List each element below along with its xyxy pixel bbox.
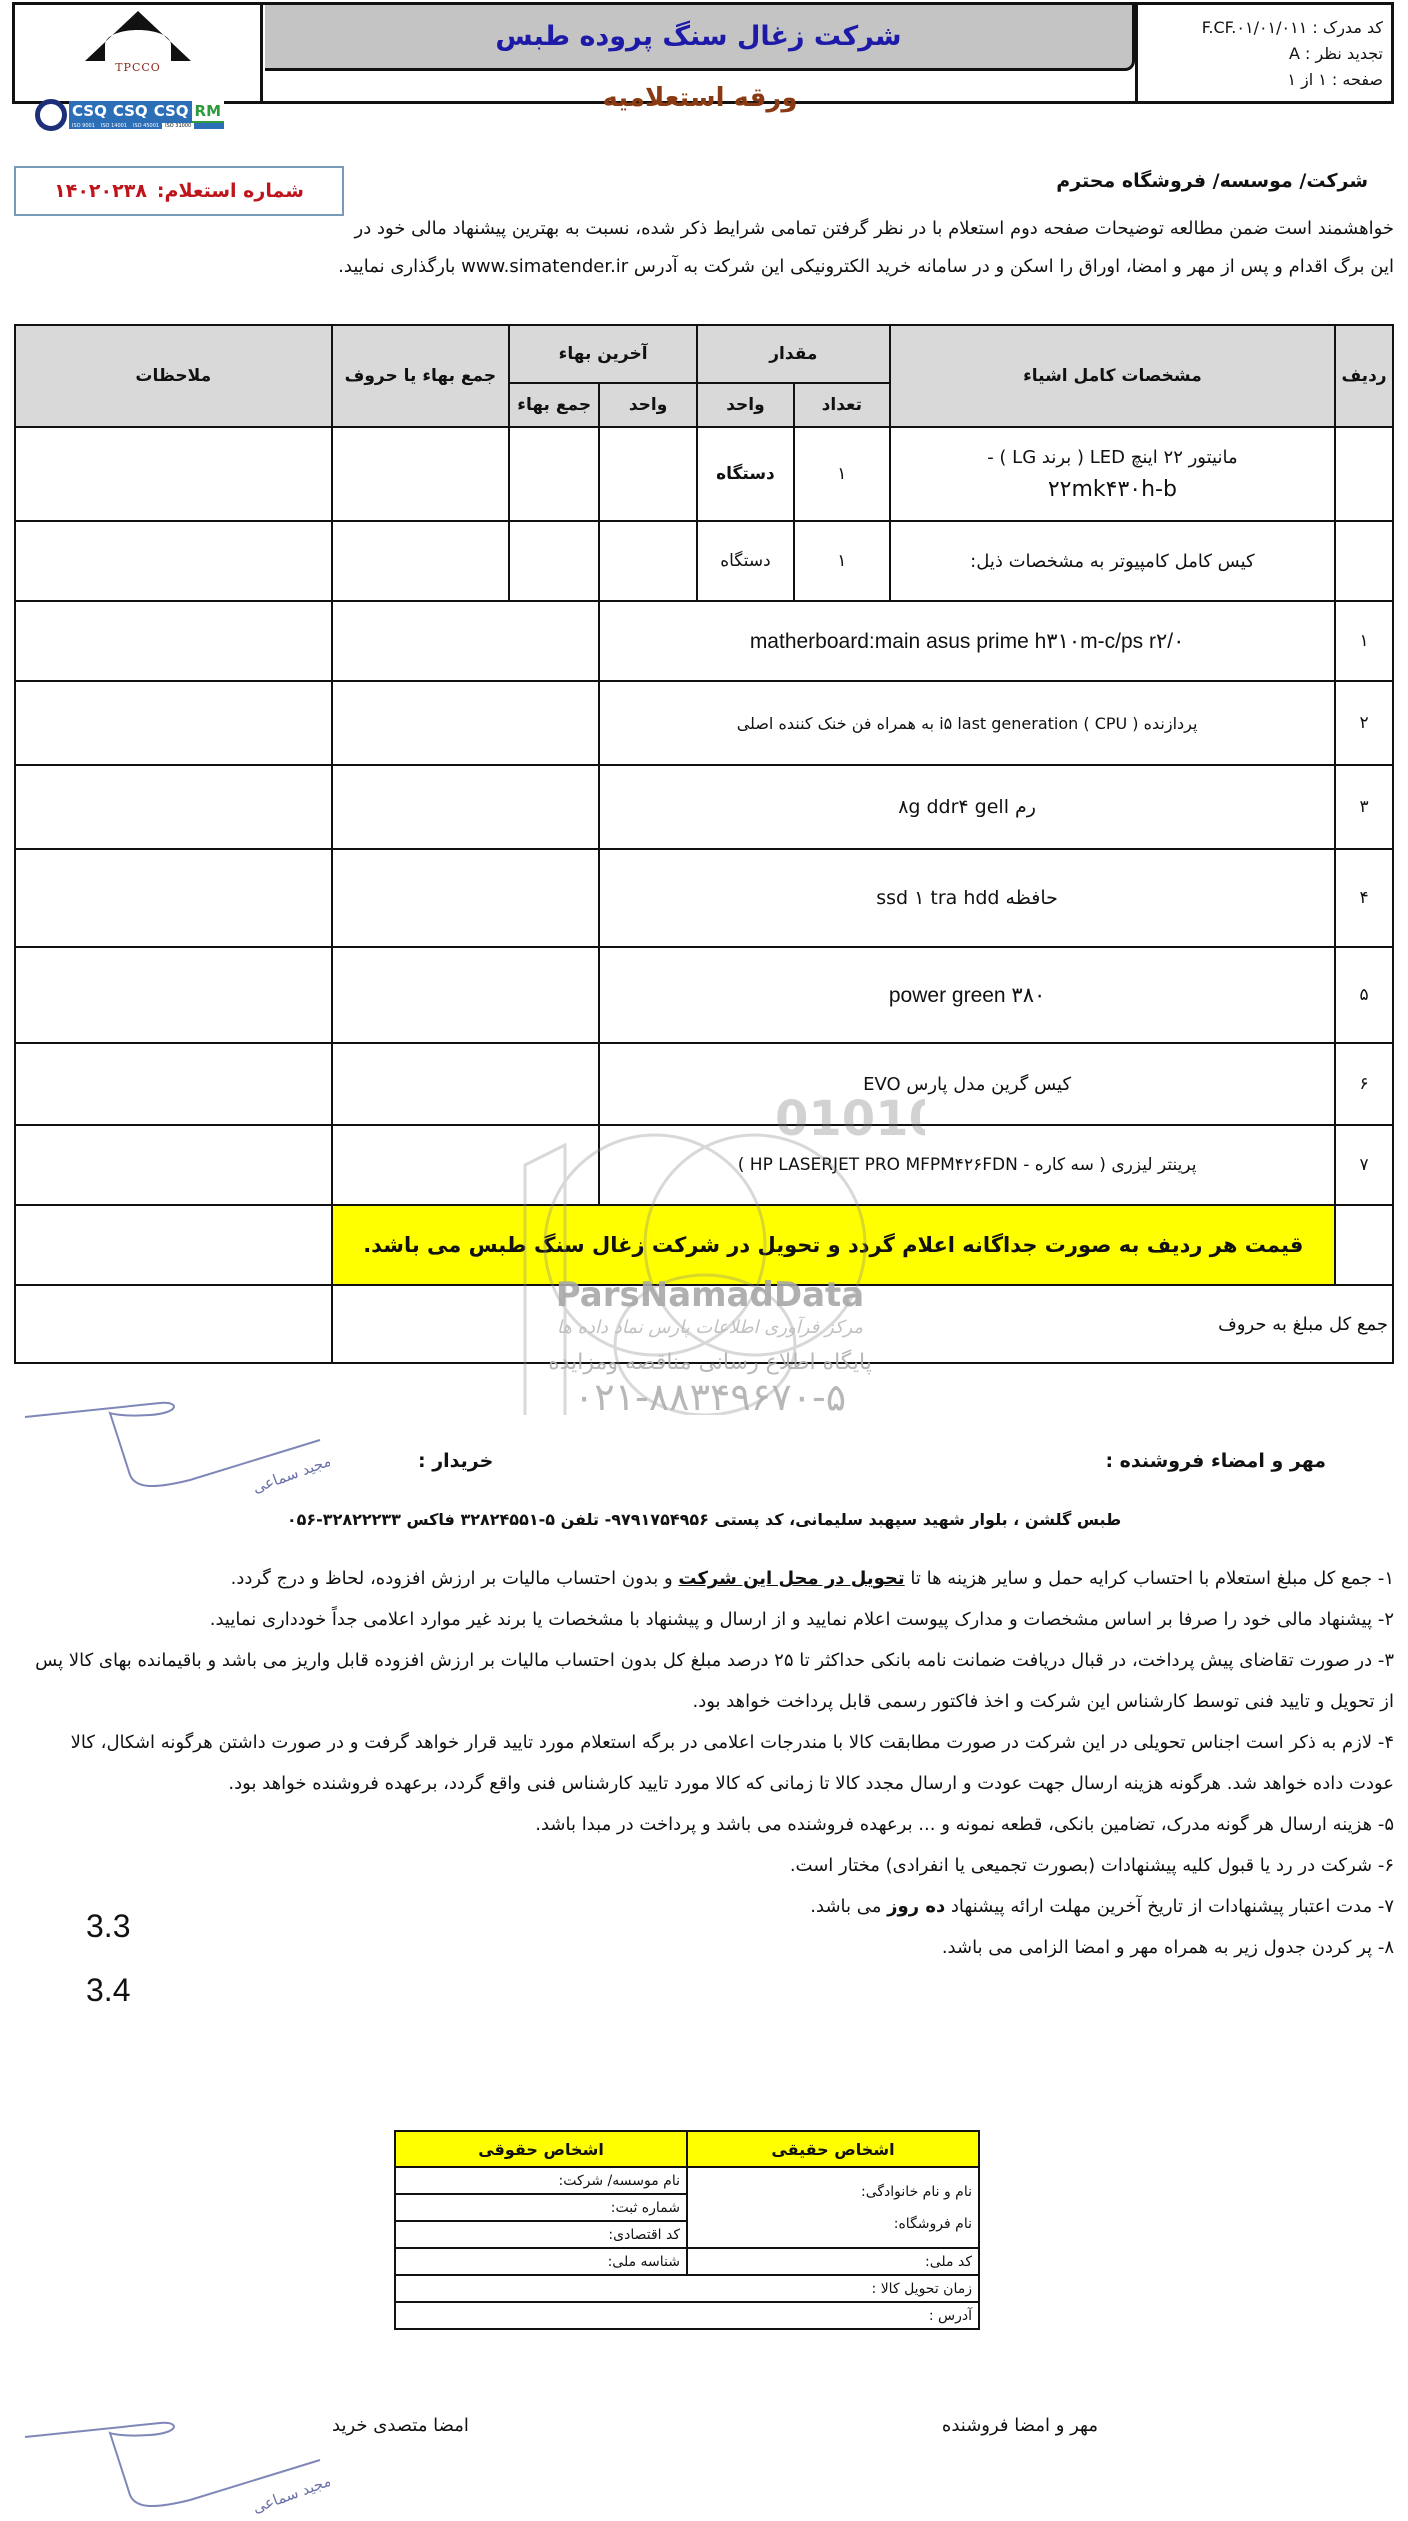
- cert-iso: ISO 9001: [69, 123, 98, 129]
- cell-remarks[interactable]: [15, 849, 332, 947]
- title-area: شرکت زغال سنگ پروده طبس ورقه استعلامیه: [265, 5, 1135, 101]
- total-words-value[interactable]: [15, 1285, 332, 1363]
- cell-price-unit[interactable]: [599, 521, 697, 601]
- cell-total-words[interactable]: [332, 849, 600, 947]
- header-spec: مشخصات کامل اشیاء: [890, 325, 1335, 427]
- cell-count: ۱: [794, 521, 890, 601]
- cell-spec: پردازنده i۵ last generation ( CPU ) به ه…: [599, 681, 1335, 765]
- term-item: ۱- جمع کل مبلغ استعلام با احتساب کرایه ح…: [34, 1558, 1394, 1599]
- cell-row: ۵: [1335, 947, 1393, 1043]
- header-quantity: مقدار: [697, 325, 890, 383]
- document-meta: کد مدرک : F.CF.۰۱/۰۱/۰۱۱ تجدید نظر : A ص…: [1135, 5, 1391, 101]
- side-number: 3.4: [86, 1972, 130, 2009]
- buyer-signature-icon: مجید سماعی: [20, 1395, 330, 1495]
- cell-row: ۴: [1335, 849, 1393, 947]
- cell-row: [1335, 427, 1393, 521]
- cell-remarks[interactable]: [15, 427, 332, 521]
- cell-remarks: [15, 1205, 332, 1285]
- buyer-label: خریدار :: [418, 1450, 493, 1472]
- cell-spec: رم ۸g ddr۴ gell: [599, 765, 1335, 849]
- intro-text: خواهشمند است ضمن مطالعه توضیحات صفحه دوم…: [214, 210, 1394, 286]
- seller-stamp-label: مهر و امضاء فروشنده :: [1105, 1450, 1326, 1472]
- inquiry-label: شماره استعلام:: [157, 180, 304, 202]
- inquiry-number: ۱۴۰۲۰۲۳۸: [54, 180, 147, 202]
- sub-item-row: ۱ matherboard:main asus prime h۳۱۰m-c/ps…: [15, 601, 1393, 681]
- field-national-id[interactable]: شناسه ملی:: [395, 2248, 687, 2275]
- term-item: ۶- شرکت در رد یا قبول کلیه پیشنهادات (بص…: [34, 1845, 1394, 1886]
- sub-item-row: ۴ حافظه ssd ۱ tra hdd: [15, 849, 1393, 947]
- cell-row: ۶: [1335, 1043, 1393, 1125]
- field-company-name[interactable]: نام موسسه/ شرکت:: [395, 2167, 687, 2194]
- cert-label: CSQ: [151, 101, 192, 123]
- sub-item-row: ۷ پرینتر لیزری ( سه کاره - HP LASERJET P…: [15, 1125, 1393, 1205]
- term-item: ۳- در صورت تقاضای پیش پرداخت، در قبال در…: [34, 1640, 1394, 1722]
- cert-iso: ISO 45001: [130, 123, 162, 129]
- cell-row: ۷: [1335, 1125, 1393, 1205]
- cell-remarks[interactable]: [15, 947, 332, 1043]
- cell-remarks[interactable]: [15, 681, 332, 765]
- cell-price-unit[interactable]: [599, 427, 697, 521]
- vendor-info-table: اشخاص حقیقی اشخاص حقوقی نام و نام خانواد…: [394, 2130, 980, 2330]
- header-last-price: آخرین بهاء: [509, 325, 697, 383]
- cell-row: ۳: [1335, 765, 1393, 849]
- cert-label: RM: [192, 101, 224, 123]
- cert-label: CSQ: [69, 101, 110, 123]
- header-total-words: جمع بهاء یا حروف: [332, 325, 510, 427]
- doc-code: کد مدرک : F.CF.۰۱/۰۱/۰۱۱: [1146, 15, 1383, 41]
- cell-total-words[interactable]: [332, 601, 600, 681]
- cell-row: ۲: [1335, 681, 1393, 765]
- inquiry-number-box: شماره استعلام: ۱۴۰۲۰۲۳۸: [14, 166, 344, 216]
- cell-unit: دستگاه: [697, 521, 794, 601]
- notice-row: قیمت هر ردیف به صورت جداگانه اعلام گردد …: [15, 1205, 1393, 1285]
- cell-remarks[interactable]: [15, 1043, 332, 1125]
- intro-line-2: این برگ اقدام و پس از مهر و امضا، اوراق …: [214, 248, 1394, 286]
- header-count: تعداد: [794, 383, 890, 427]
- cell-count: ۱: [794, 427, 890, 521]
- term-item: ۲- پیشنهاد مالی خود را صرفا بر اساس مشخص…: [34, 1599, 1394, 1640]
- cell-spec: کیس کامل کامپیوتر به مشخصات ذیل:: [890, 521, 1335, 601]
- field-national-code[interactable]: کد ملی:: [687, 2248, 979, 2275]
- seller-signature-label: مهر و امضا فروشنده: [942, 2415, 1098, 2436]
- cell-row: ۱: [1335, 601, 1393, 681]
- logo-text: TPCCO: [103, 61, 173, 74]
- terms-list: ۱- جمع کل مبلغ استعلام با احتساب کرایه ح…: [34, 1558, 1394, 1968]
- sub-item-row: ۲ پردازنده i۵ last generation ( CPU ) به…: [15, 681, 1393, 765]
- revision: تجدید نظر : A: [1146, 41, 1383, 67]
- field-address[interactable]: آدرس :: [395, 2302, 979, 2329]
- cell-total-words[interactable]: [332, 1125, 600, 1205]
- svg-text:مجید سماعی: مجید سماعی: [250, 2472, 330, 2515]
- intro-line-1: خواهشمند است ضمن مطالعه توضیحات صفحه دوم…: [214, 210, 1394, 248]
- cell-spec: power green ۳۸۰: [599, 947, 1335, 1043]
- company-name: شرکت زغال سنگ پروده طبس: [495, 21, 901, 52]
- field-delivery-time[interactable]: زمان تحویل کالا :: [395, 2275, 979, 2302]
- form-title-bar: ورقه استعلامیه: [265, 71, 1135, 101]
- header-unit: واحد: [697, 383, 794, 427]
- term-item: ۷- مدت اعتبار پیشنهادات از تاریخ آخرین م…: [34, 1886, 1394, 1927]
- cell-spec: کیس گرین مدل پارس EVO: [599, 1043, 1335, 1125]
- field-registration-number[interactable]: شماره ثبت:: [395, 2194, 687, 2221]
- cell-remarks[interactable]: [15, 521, 332, 601]
- company-title-bar: شرکت زغال سنگ پروده طبس: [265, 5, 1135, 71]
- watermark-text: ParsNamadData مرکز فرآوری اطلاعات پارس ن…: [500, 1275, 920, 1419]
- header-price-total: جمع بهاء: [509, 383, 599, 427]
- cell-total-words[interactable]: [332, 947, 600, 1043]
- sub-item-row: ۵ power green ۳۸۰: [15, 947, 1393, 1043]
- price-notice: قیمت هر ردیف به صورت جداگانه اعلام گردد …: [332, 1205, 1336, 1285]
- cell-spec: حافظه ssd ۱ tra hdd: [599, 849, 1335, 947]
- document-header: TPCCO CSQ CSQ CSQ RM ISO 9001 ISO 14001 …: [12, 2, 1394, 104]
- header-remarks: ملاحظات: [15, 325, 332, 427]
- cell-price-total[interactable]: [509, 427, 599, 521]
- items-table: ردیف مشخصات کامل اشیاء مقدار آخرین بهاء …: [14, 324, 1394, 1364]
- watermark-tagline: پایگاه اطلاع رسانی مناقصه ومزایده: [500, 1350, 920, 1375]
- svg-text:مجید سماعی: مجید سماعی: [250, 1452, 330, 1495]
- sub-item-row: ۶ کیس گرین مدل پارس EVO: [15, 1043, 1393, 1125]
- term-item: ۴- لازم به ذکر است اجناس تحویلی در این ش…: [34, 1722, 1394, 1804]
- cell-total-words[interactable]: [332, 681, 600, 765]
- term-item: ۸- پر کردن جدول زیر به همراه مهر و امضا …: [34, 1927, 1394, 1968]
- watermark-phone: ۰۲۱-۸۸۳۴۹۶۷۰-۵: [500, 1375, 920, 1419]
- table-row: کیس کامل کامپیوتر به مشخصات ذیل: ۱ دستگا…: [15, 521, 1393, 601]
- logo-area: TPCCO CSQ CSQ CSQ RM ISO 9001 ISO 14001 …: [15, 5, 263, 101]
- purchaser-signature-icon: مجید سماعی: [20, 2415, 330, 2515]
- cell-row: [1335, 521, 1393, 601]
- cell-remarks[interactable]: [15, 765, 332, 849]
- cell-spec: مانیتور ۲۲ اینچ LED ( برند LG ) - ۲۲mk۴۳…: [890, 427, 1335, 521]
- header-price-unit: واحد: [599, 383, 697, 427]
- cert-iso: ISO 14001: [98, 123, 130, 129]
- company-address: طبس گلشن ، بلوار شهید سپهبد سلیمانی، کد …: [0, 1510, 1408, 1529]
- cell-unit: دستگاه: [697, 427, 794, 521]
- cell-remarks[interactable]: [15, 1125, 332, 1205]
- header-legal-person: اشخاص حقوقی: [395, 2131, 687, 2167]
- cert-label: CSQ: [110, 101, 151, 123]
- cell-remarks[interactable]: [15, 601, 332, 681]
- cell-total-words[interactable]: [332, 1043, 600, 1125]
- header-real-person: اشخاص حقیقی: [687, 2131, 979, 2167]
- cell-row: [1335, 1205, 1393, 1285]
- certification-badges: CSQ CSQ CSQ RM ISO 9001 ISO 14001 ISO 45…: [35, 99, 224, 131]
- field-economic-code[interactable]: کد اقتصادی:: [395, 2221, 687, 2248]
- certified-seal-icon: [35, 99, 67, 131]
- table-row: مانیتور ۲۲ اینچ LED ( برند LG ) - ۲۲mk۴۳…: [15, 427, 1393, 521]
- cell-spec: پرینتر لیزری ( سه کاره - HP LASERJET PRO…: [599, 1125, 1335, 1205]
- watermark-brand: ParsNamadData: [500, 1275, 920, 1315]
- cell-total-words[interactable]: [332, 765, 600, 849]
- cell-total-words[interactable]: [332, 521, 510, 601]
- sub-item-row: ۳ رم ۸g ddr۴ gell: [15, 765, 1393, 849]
- page-number: صفحه : ۱ از ۱: [1146, 67, 1383, 93]
- side-number: 3.3: [86, 1908, 130, 1945]
- term-item: ۵- هزینه ارسال هر گونه مدرک، تضامین بانک…: [384, 1804, 1394, 1845]
- real-person-fields[interactable]: نام و نام خانوادگی: نام فروشگاه:: [687, 2167, 979, 2248]
- greeting: شرکت/ موسسه/ فروشگاه محترم: [1056, 170, 1368, 192]
- cell-spec: matherboard:main asus prime h۳۱۰m-c/ps r…: [599, 601, 1335, 681]
- purchaser-signature-label: امضا متصدی خرید: [332, 2415, 469, 2436]
- cell-price-total[interactable]: [509, 521, 599, 601]
- header-row: ردیف: [1335, 325, 1393, 427]
- cell-total-words[interactable]: [332, 427, 510, 521]
- watermark-subtitle: مرکز فرآوری اطلاعات پارس نماد داده ها: [500, 1317, 920, 1338]
- form-title: ورقه استعلامیه: [603, 83, 798, 113]
- cert-iso: ISO 31000: [162, 123, 194, 129]
